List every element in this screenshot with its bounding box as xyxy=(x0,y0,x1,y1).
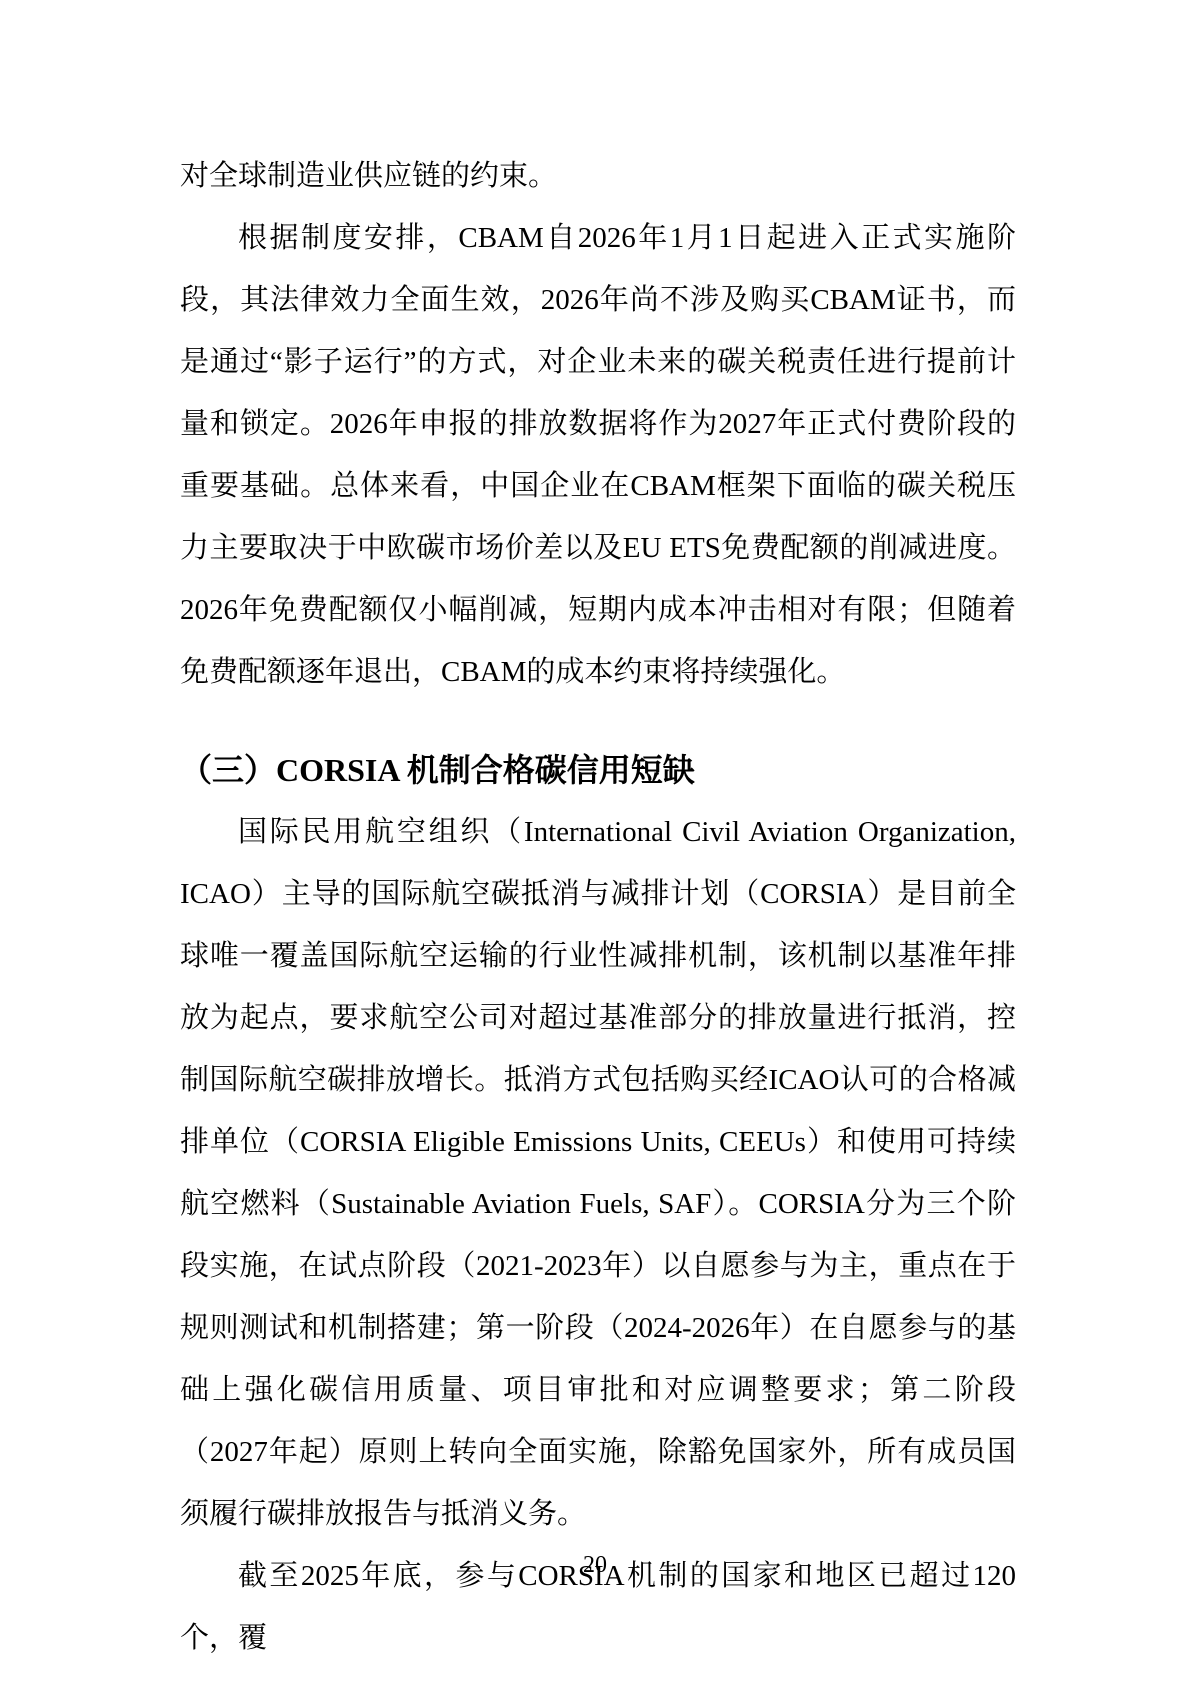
paragraph-supply-chain-constraint: 对全球制造业供应链的约束。 xyxy=(180,145,1016,207)
page-body: 对全球制造业供应链的约束。 根据制度安排，CBAM自2026年1月1日起进入正式… xyxy=(180,145,1016,1669)
paragraph-cbam-implementation: 根据制度安排，CBAM自2026年1月1日起进入正式实施阶段，其法律效力全面生效… xyxy=(180,207,1016,703)
paragraph-corsia-mechanism: 国际民用航空组织（International Civil Aviation Or… xyxy=(180,801,1016,1545)
document-page: 对全球制造业供应链的约束。 根据制度安排，CBAM自2026年1月1日起进入正式… xyxy=(0,0,1190,1683)
page-footer: 20 xyxy=(0,1548,1190,1582)
page-number: 20 xyxy=(583,1552,607,1578)
section-heading-corsia: （三）CORSIA 机制合格碳信用短缺 xyxy=(180,739,1016,801)
